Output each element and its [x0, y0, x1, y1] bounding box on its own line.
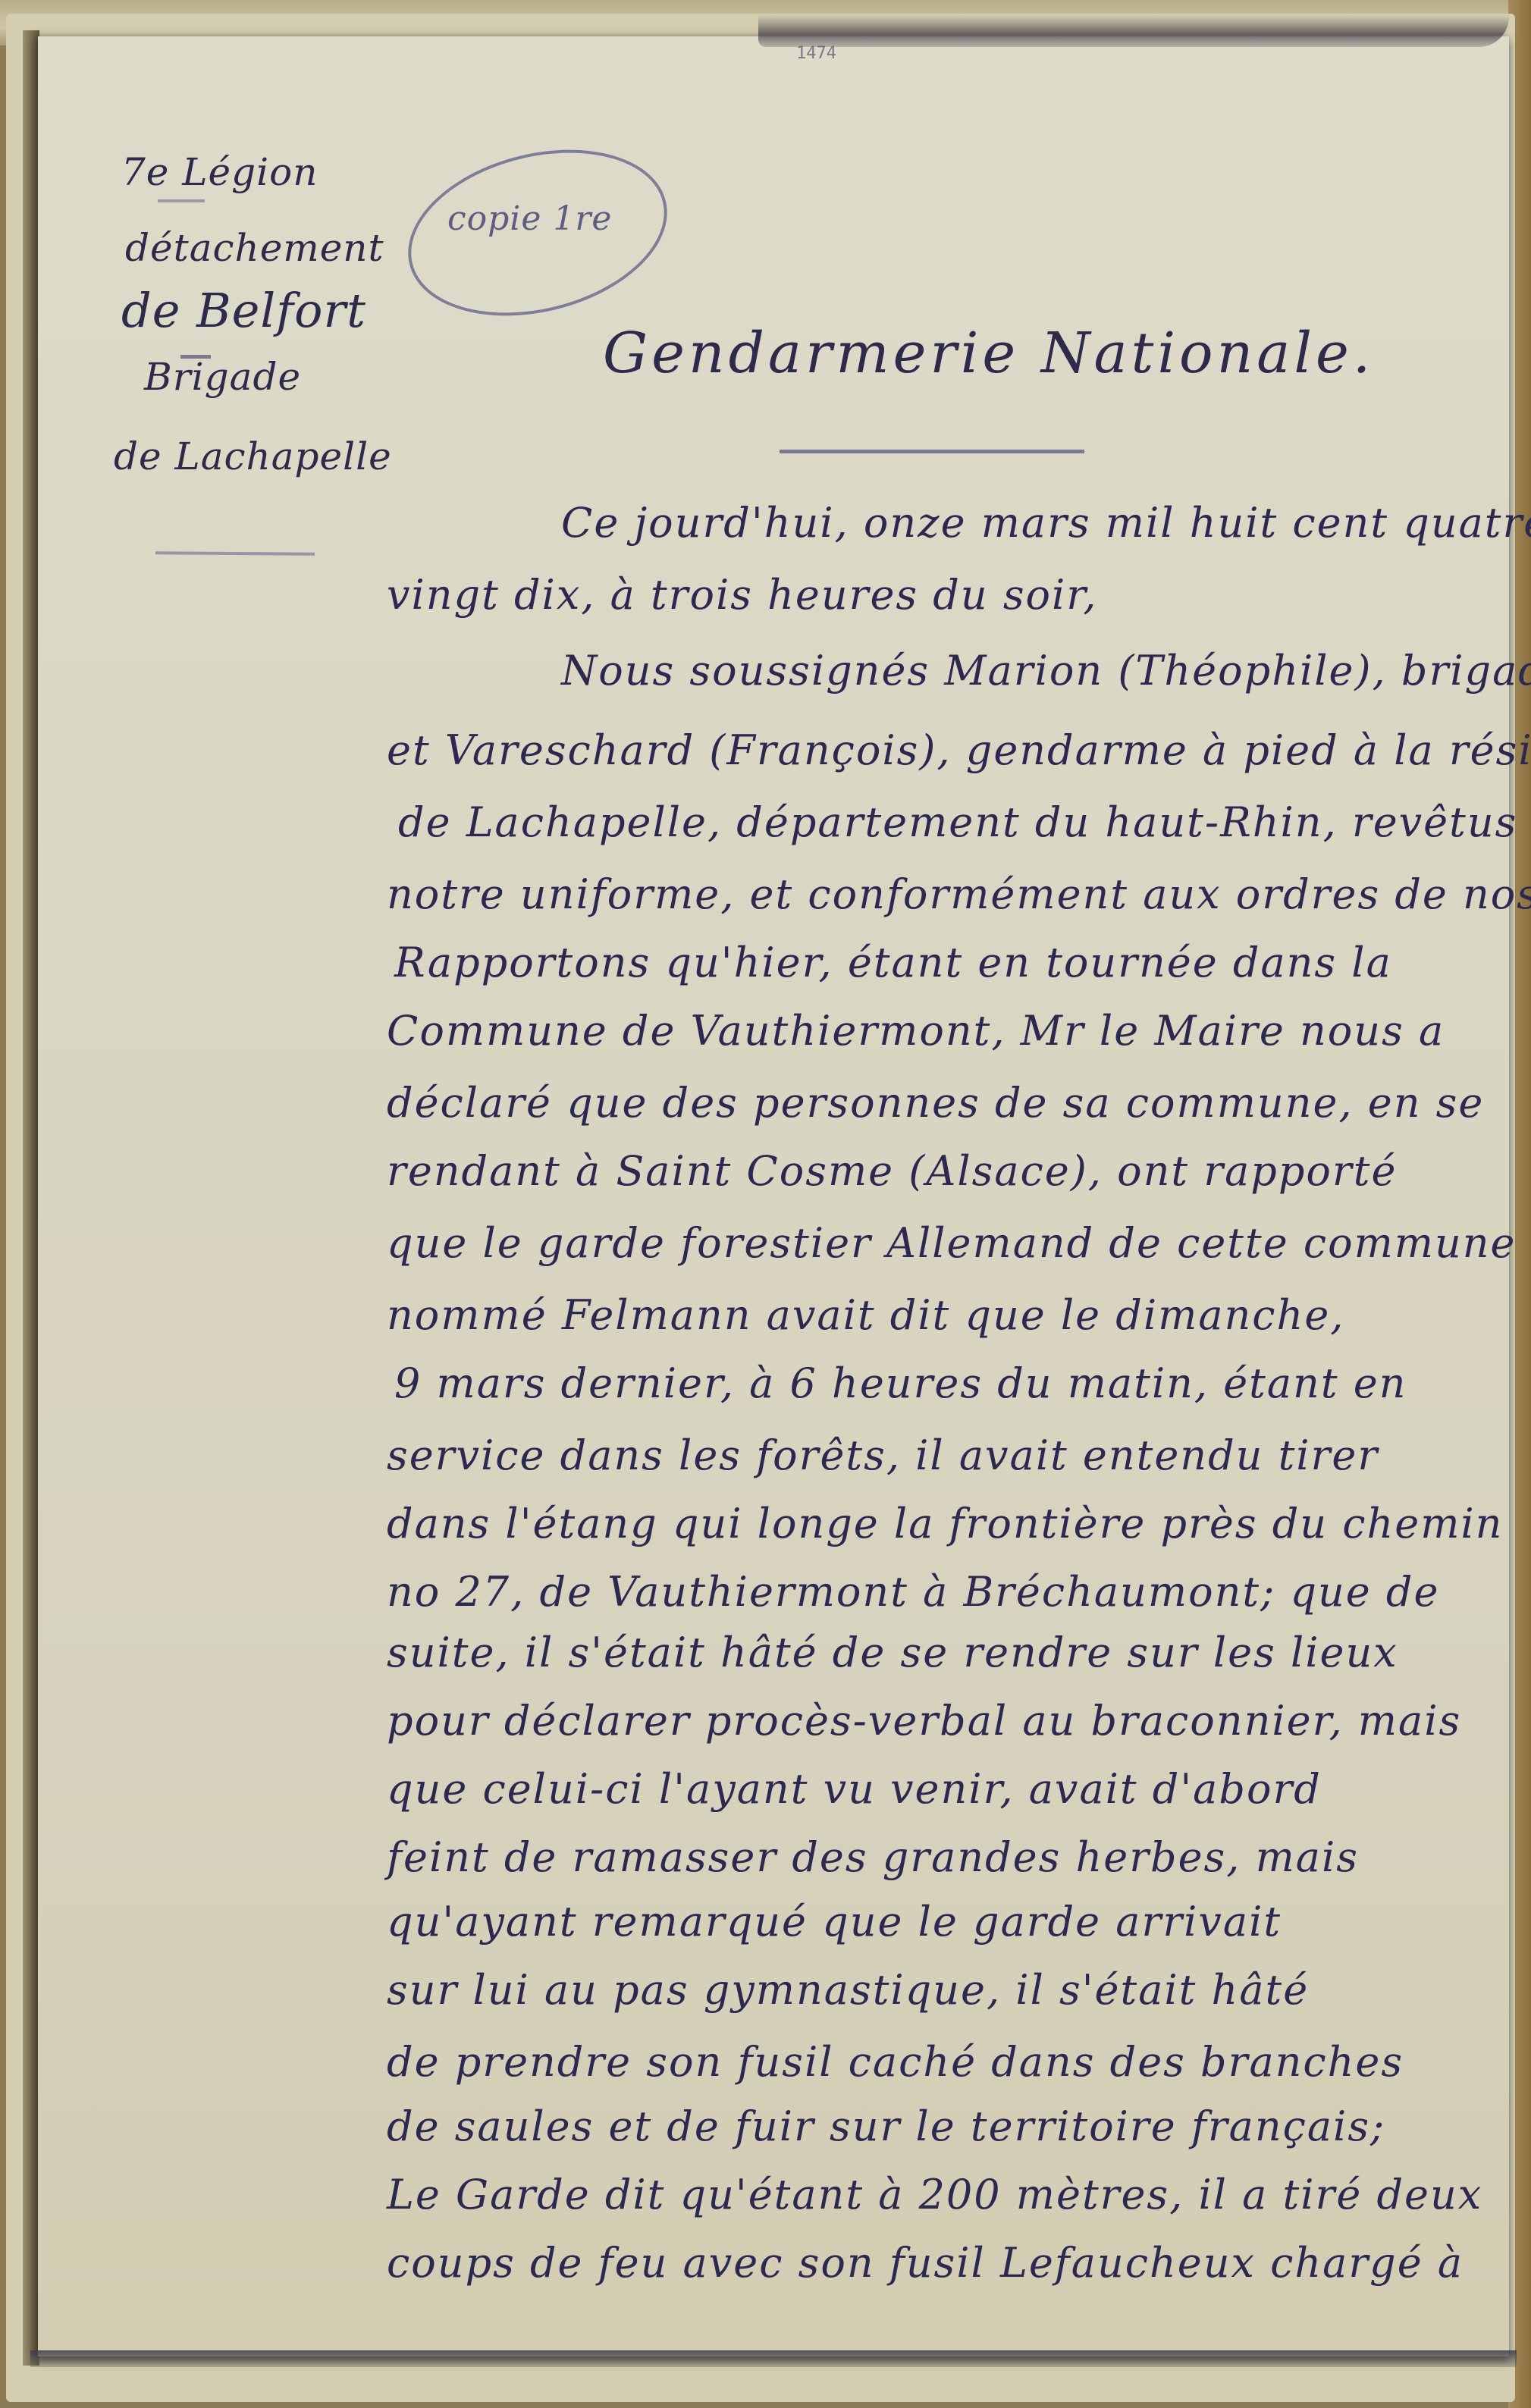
document-page: 1474 7e Légion détachement de Belfort Br… — [38, 36, 1509, 2356]
body-line: suite, il s'était hâté de se rendre sur … — [387, 1629, 1398, 1676]
page-title: Gendarmerie Nationale. — [603, 321, 1374, 386]
margin-detachement: détachement — [125, 226, 384, 270]
body-line: nommé Felmann avait dit que le dimanche, — [387, 1291, 1344, 1339]
body-line: que celui-ci l'ayant vu venir, avait d'a… — [387, 1765, 1322, 1813]
margin-underline — [158, 199, 205, 202]
body-line: vingt dix, à trois heures du soir, — [387, 571, 1097, 619]
body-line: et Vareschard (François), gendarme à pie… — [387, 726, 1531, 774]
body-line: que le garde forestier Allemand de cette… — [387, 1219, 1517, 1267]
body-line: notre uniforme, et conformément aux ordr… — [387, 870, 1531, 918]
body-line: de prendre son fusil caché dans des bran… — [387, 2038, 1404, 2086]
body-line: coups de feu avec son fusil Lefaucheux c… — [387, 2239, 1464, 2287]
margin-belfort: de Belfort — [121, 283, 366, 338]
page-bottom-edge-shadow — [30, 2350, 1517, 2367]
body-line: feint de ramasser des grandes herbes, ma… — [387, 1833, 1359, 1881]
margin-lachapelle: de Lachapelle — [114, 434, 392, 478]
body-line: service dans les forêts, il avait entend… — [387, 1431, 1379, 1479]
margin-divider — [155, 551, 315, 555]
margin-brigade: Brigade — [144, 355, 301, 399]
body-line: qu'ayant remarqué que le garde arrivait — [387, 1898, 1282, 1946]
body-line: Ce jourd'hui, onze mars mil huit cent qu… — [561, 499, 1531, 547]
body-line: de Lachapelle, département du haut-Rhin,… — [398, 798, 1531, 846]
page-left-edge-shadow — [23, 30, 39, 2366]
body-line: rendant à Saint Cosme (Alsace), ont rapp… — [387, 1147, 1397, 1195]
body-line: déclaré que des personnes de sa commune,… — [387, 1079, 1484, 1127]
margin-legion: 7e Légion — [121, 150, 318, 194]
copy-annotation: copie 1re — [447, 199, 612, 238]
body-line: de saules et de fuir sur le territoire f… — [387, 2102, 1385, 2150]
fold-shadow — [758, 15, 1509, 47]
body-line: Nous soussignés Marion (Théophile), brig… — [561, 647, 1531, 694]
body-line: dans l'étang qui longe la frontière près… — [387, 1500, 1503, 1547]
body-line: pour déclarer procès-verbal au braconnie… — [387, 1697, 1461, 1745]
body-line: 9 mars dernier, à 6 heures du matin, éta… — [394, 1359, 1407, 1407]
body-line: Le Garde dit qu'étant à 200 mètres, il a… — [387, 2171, 1482, 2218]
title-rule — [780, 450, 1084, 453]
body-line: no 27, de Vauthiermont à Bréchaumont; qu… — [387, 1568, 1439, 1616]
body-line: Rapportons qu'hier, étant en tournée dan… — [394, 939, 1392, 986]
body-line: sur lui au pas gymnastique, il s'était h… — [387, 1966, 1309, 2014]
body-line: Commune de Vauthiermont, Mr le Maire nou… — [387, 1007, 1445, 1055]
